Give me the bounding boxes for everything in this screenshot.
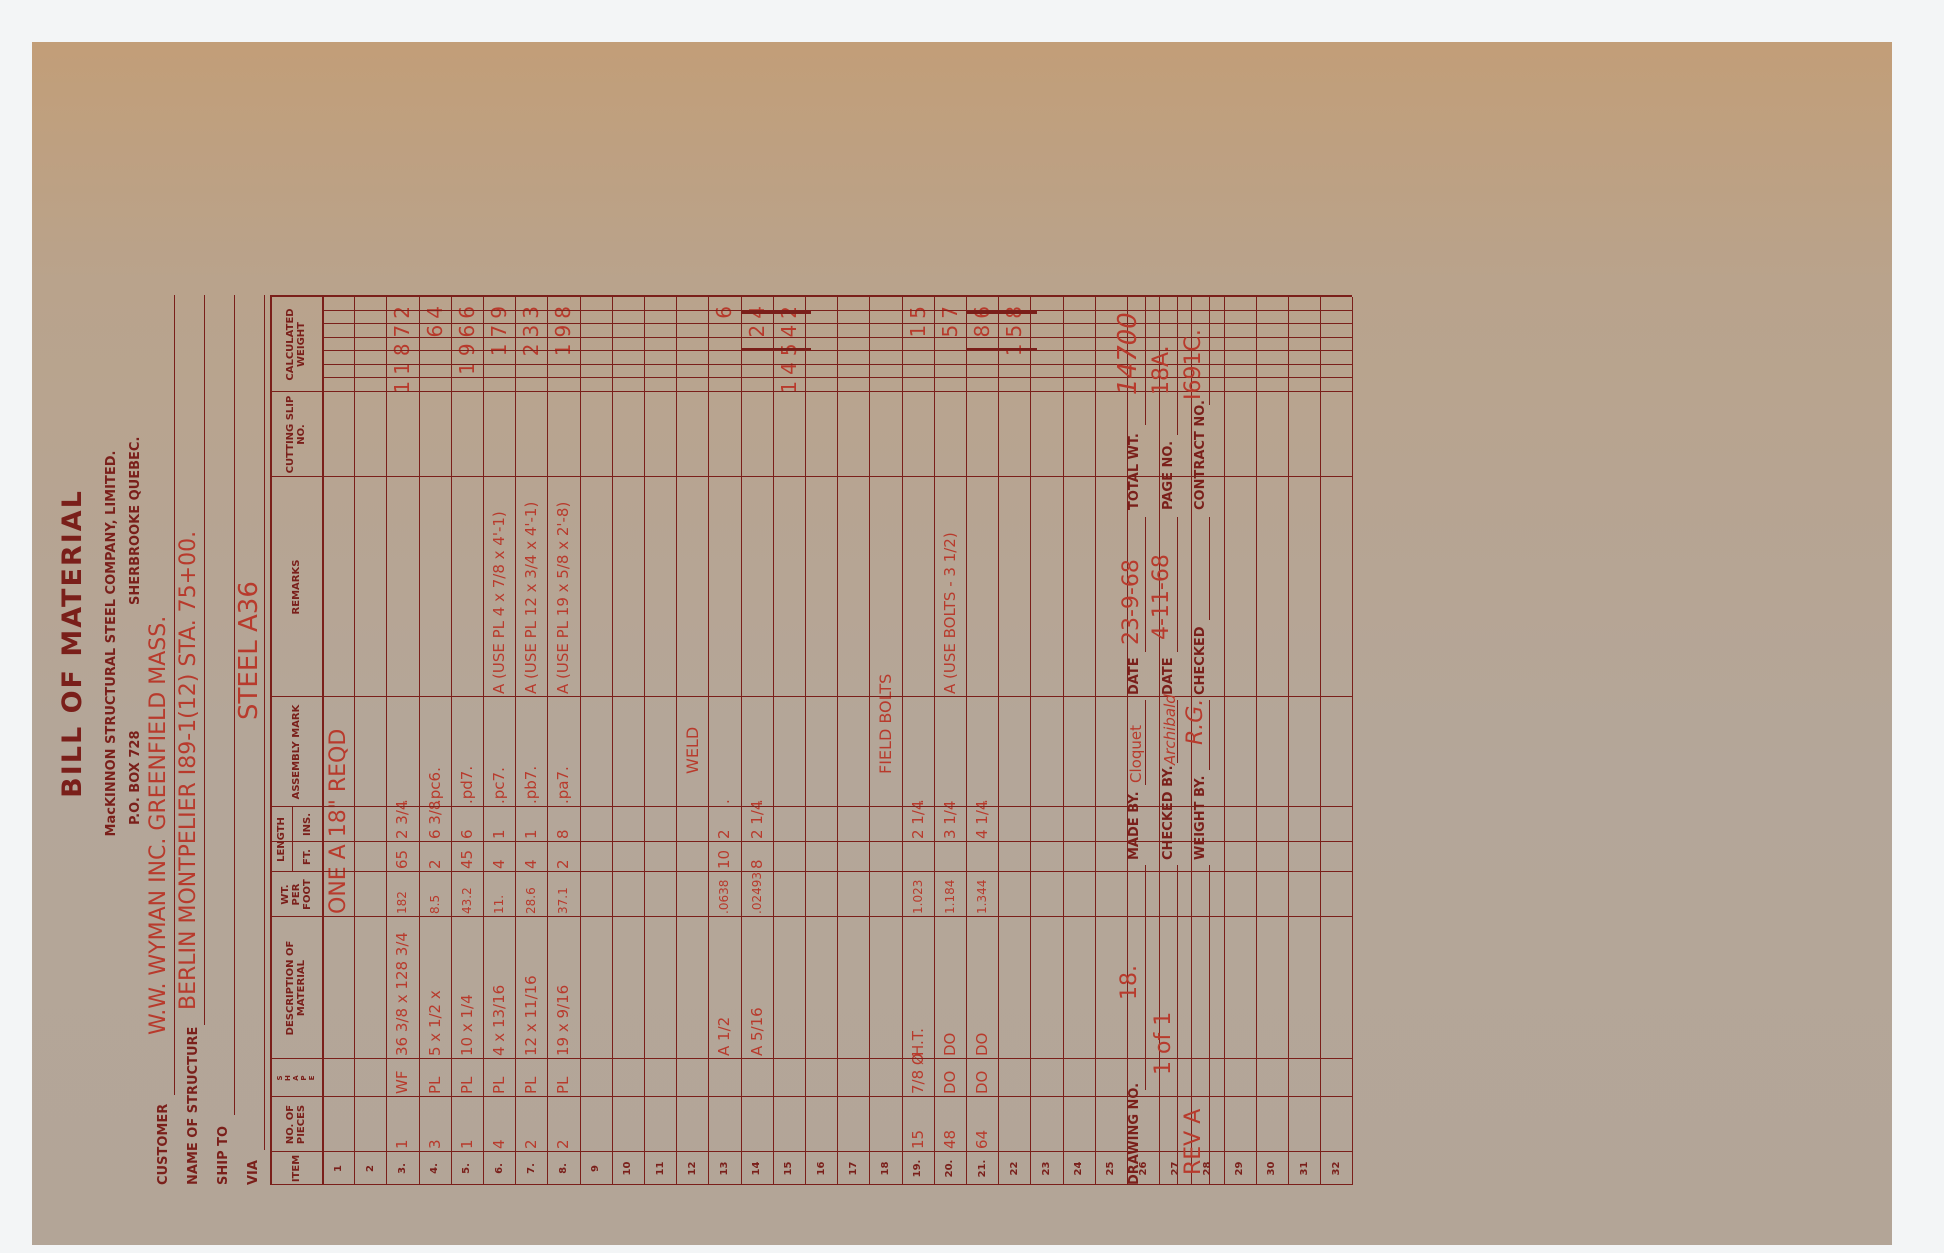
cell-description[interactable] bbox=[1030, 920, 1062, 1056]
cell-shape[interactable] bbox=[741, 1062, 773, 1094]
cell-length-ft[interactable] bbox=[676, 845, 708, 869]
table-row: 23 bbox=[1030, 297, 1062, 1185]
cell-length-ins[interactable]: 4 1/4 bbox=[966, 810, 998, 839]
cell-assembly-mark[interactable] bbox=[1256, 700, 1288, 804]
cell-length-ft[interactable]: 10 bbox=[708, 845, 740, 869]
date-checked-field[interactable]: 4-11-68 bbox=[1149, 554, 1174, 640]
cell-length-ft[interactable] bbox=[805, 845, 837, 869]
cell-assembly-mark[interactable] bbox=[580, 700, 612, 804]
cell-cutting-slip[interactable] bbox=[322, 395, 354, 474]
cell-assembly-mark[interactable]: . bbox=[966, 700, 998, 804]
cell-length-ins[interactable] bbox=[322, 810, 354, 839]
cell-cutting-slip[interactable] bbox=[869, 395, 901, 474]
cell-length-ins[interactable]: 8 bbox=[547, 810, 579, 839]
cell-assembly-mark[interactable]: .pa7. bbox=[547, 700, 579, 804]
cell-length-ft[interactable] bbox=[902, 845, 934, 869]
cell-remarks[interactable] bbox=[869, 480, 901, 694]
cell-description[interactable] bbox=[1288, 920, 1320, 1056]
cell-length-ins[interactable]: 2 1/4 bbox=[902, 810, 934, 839]
cell-length-ins[interactable]: 2 1/4 bbox=[741, 810, 773, 839]
cell-assembly-mark[interactable]: .pc7. bbox=[483, 700, 515, 804]
cell-wt-per-foot[interactable] bbox=[1095, 875, 1127, 914]
cell-description[interactable]: 19 x 9/16 bbox=[547, 920, 579, 1056]
cell-shape[interactable] bbox=[580, 1062, 612, 1094]
cell-cutting-slip[interactable] bbox=[1063, 395, 1095, 474]
cell-wt-per-foot[interactable] bbox=[998, 875, 1030, 914]
cell-pieces[interactable] bbox=[741, 1100, 773, 1149]
grid-line bbox=[902, 297, 903, 1185]
cell-shape[interactable] bbox=[998, 1062, 1030, 1094]
cell-shape[interactable] bbox=[1224, 1062, 1256, 1094]
cell-wt-per-foot[interactable]: .0638 bbox=[708, 875, 740, 914]
cell-length-ins[interactable]: 2 3/4 bbox=[386, 810, 418, 839]
cell-remarks[interactable]: A (USE PL 12 x 3/4 x 4'-1) bbox=[515, 480, 547, 694]
cell-pieces[interactable] bbox=[612, 1100, 644, 1149]
cell-shape[interactable] bbox=[1095, 1062, 1127, 1094]
cell-description[interactable] bbox=[805, 920, 837, 1056]
cell-wt-per-foot[interactable]: .02493 bbox=[741, 875, 773, 914]
cell-pieces[interactable] bbox=[1095, 1100, 1127, 1149]
cell-pieces[interactable] bbox=[354, 1100, 386, 1149]
cell-item: 21. bbox=[966, 1155, 998, 1182]
cell-cutting-slip[interactable] bbox=[741, 395, 773, 474]
cell-wt-per-foot[interactable] bbox=[837, 875, 869, 914]
cell-shape[interactable] bbox=[676, 1062, 708, 1094]
cell-cutting-slip[interactable] bbox=[644, 395, 676, 474]
cell-assembly-mark[interactable] bbox=[644, 700, 676, 804]
cell-description[interactable] bbox=[644, 920, 676, 1056]
cell-cutting-slip[interactable] bbox=[1256, 395, 1288, 474]
cell-length-ins[interactable]: 6 3/8 bbox=[419, 810, 451, 839]
checked-underline bbox=[1209, 517, 1210, 620]
cell-shape[interactable] bbox=[644, 1062, 676, 1094]
date-checked-label: DATE bbox=[1161, 657, 1176, 695]
cell-assembly-mark[interactable]: .pd7. bbox=[451, 700, 483, 804]
cell-pieces[interactable] bbox=[1320, 1100, 1352, 1149]
cell-description[interactable] bbox=[676, 920, 708, 1056]
date-made-label: DATE bbox=[1127, 657, 1142, 695]
cell-item: 13 bbox=[708, 1155, 740, 1182]
cell-length-ft[interactable] bbox=[1095, 845, 1127, 869]
cell-shape[interactable]: DO bbox=[934, 1062, 966, 1094]
cell-remarks[interactable] bbox=[1256, 480, 1288, 694]
cell-assembly-mark[interactable] bbox=[1288, 700, 1320, 804]
cell-cutting-slip[interactable] bbox=[708, 395, 740, 474]
cell-assembly-mark[interactable] bbox=[773, 700, 805, 804]
cell-assembly-mark[interactable] bbox=[1063, 700, 1095, 804]
cell-wt-per-foot[interactable] bbox=[612, 875, 644, 914]
cell-item: 31 bbox=[1288, 1155, 1320, 1182]
cell-length-ft[interactable]: 2 bbox=[547, 845, 579, 869]
grid-line bbox=[741, 311, 812, 314]
cell-length-ft[interactable] bbox=[934, 845, 966, 869]
total-wt-field[interactable]: 14700 bbox=[1113, 312, 1143, 395]
grid-line bbox=[773, 297, 774, 1185]
cell-pieces[interactable]: 2 bbox=[515, 1100, 547, 1149]
cell-description[interactable]: 12 x 11/16 bbox=[515, 920, 547, 1056]
cell-assembly-mark[interactable]: .pc6. bbox=[419, 700, 451, 804]
cell-length-ins[interactable] bbox=[998, 810, 1030, 839]
cell-assembly-mark[interactable]: . bbox=[902, 700, 934, 804]
cell-length-ins[interactable] bbox=[354, 810, 386, 839]
cell-description[interactable]: 5 x 1/2 x bbox=[419, 920, 451, 1056]
cell-shape[interactable]: 7/8 Ø bbox=[902, 1062, 934, 1094]
cell-assembly-mark[interactable]: . bbox=[386, 700, 418, 804]
cell-remarks[interactable] bbox=[805, 480, 837, 694]
cell-shape[interactable]: PL bbox=[547, 1062, 579, 1094]
cell-cutting-slip[interactable] bbox=[934, 395, 966, 474]
cell-cutting-slip[interactable] bbox=[483, 395, 515, 474]
cell-pieces[interactable] bbox=[1063, 1100, 1095, 1149]
cell-length-ft[interactable] bbox=[612, 845, 644, 869]
cell-description[interactable]: A 1/2 bbox=[708, 920, 740, 1056]
cell-length-ft[interactable] bbox=[354, 845, 386, 869]
cell-cutting-slip[interactable] bbox=[676, 395, 708, 474]
cell-length-ins[interactable] bbox=[612, 810, 644, 839]
cell-wt-per-foot[interactable]: 1.344 bbox=[966, 875, 998, 914]
cell-length-ft[interactable] bbox=[837, 845, 869, 869]
cell-length-ft[interactable] bbox=[1030, 845, 1062, 869]
cell-length-ft[interactable] bbox=[966, 845, 998, 869]
cell-length-ft[interactable] bbox=[644, 845, 676, 869]
cell-shape[interactable] bbox=[1320, 1062, 1352, 1094]
table-row: 17 bbox=[837, 297, 869, 1185]
cell-description[interactable]: 4 x 13/16 bbox=[483, 920, 515, 1056]
cell-description[interactable]: 10 x 1/4 bbox=[451, 920, 483, 1056]
cell-remarks[interactable] bbox=[1224, 480, 1256, 694]
cell-wt-per-foot[interactable] bbox=[1224, 875, 1256, 914]
bill-of-material-sheet: BILL OF MATERIAL MacKINNON STRUCTURAL ST… bbox=[32, 42, 1892, 1245]
cell-remarks[interactable] bbox=[644, 480, 676, 694]
cell-wt-per-foot[interactable]: 37.1 bbox=[547, 875, 579, 914]
cell-cutting-slip[interactable] bbox=[419, 395, 451, 474]
cell-description[interactable] bbox=[1063, 920, 1095, 1056]
column-header-wt-per-foot: WT. PER FOOT bbox=[270, 872, 322, 917]
form-title: BILL OF MATERIAL bbox=[57, 42, 88, 1245]
cell-remarks[interactable] bbox=[837, 480, 869, 694]
cell-length-ft[interactable] bbox=[1224, 845, 1256, 869]
table-row: 10 bbox=[612, 297, 644, 1185]
cell-assembly-mark[interactable] bbox=[1030, 700, 1062, 804]
cell-remarks[interactable] bbox=[386, 480, 418, 694]
drawing-no-field[interactable]: 18. bbox=[1117, 965, 1142, 1000]
cell-description[interactable] bbox=[1256, 920, 1288, 1056]
cell-shape[interactable] bbox=[1288, 1062, 1320, 1094]
cell-wt-per-foot[interactable] bbox=[869, 875, 901, 914]
cell-description[interactable] bbox=[837, 920, 869, 1056]
cell-description[interactable] bbox=[1224, 920, 1256, 1056]
cell-remarks[interactable] bbox=[419, 480, 451, 694]
date-made-underline bbox=[1145, 517, 1146, 652]
cell-length-ins[interactable] bbox=[1095, 810, 1127, 839]
cell-shape[interactable]: WF bbox=[386, 1062, 418, 1094]
cell-wt-per-foot[interactable]: 1.023 bbox=[902, 875, 934, 914]
cell-remarks[interactable] bbox=[451, 480, 483, 694]
cell-cutting-slip[interactable] bbox=[386, 395, 418, 474]
cell-length-ins[interactable] bbox=[1256, 810, 1288, 839]
cell-wt-per-foot[interactable] bbox=[354, 875, 386, 914]
cell-length-ins[interactable]: 2 bbox=[708, 810, 740, 839]
cell-length-ins[interactable] bbox=[869, 810, 901, 839]
cell-remarks[interactable] bbox=[966, 480, 998, 694]
cell-length-ins[interactable]: 6 bbox=[451, 810, 483, 839]
cell-pieces[interactable] bbox=[837, 1100, 869, 1149]
cell-description[interactable] bbox=[612, 920, 644, 1056]
cell-length-ins[interactable] bbox=[644, 810, 676, 839]
cell-description[interactable] bbox=[1320, 920, 1352, 1056]
cell-length-ft[interactable] bbox=[869, 845, 901, 869]
cell-cutting-slip[interactable] bbox=[966, 395, 998, 474]
cell-length-ft[interactable] bbox=[773, 845, 805, 869]
cell-description[interactable]: 36 3/8 x 128 3/4 bbox=[386, 920, 418, 1056]
cell-cutting-slip[interactable] bbox=[1030, 395, 1062, 474]
cell-wt-per-foot[interactable]: 43.2 bbox=[451, 875, 483, 914]
cell-length-ins[interactable] bbox=[580, 810, 612, 839]
cell-pieces[interactable]: 15 bbox=[902, 1100, 934, 1149]
cell-cutting-slip[interactable] bbox=[1224, 395, 1256, 474]
cell-length-ins[interactable] bbox=[1063, 810, 1095, 839]
cell-shape[interactable]: PL bbox=[483, 1062, 515, 1094]
cell-length-ft[interactable]: 65 bbox=[386, 845, 418, 869]
cell-assembly-mark[interactable] bbox=[837, 700, 869, 804]
drawing-sheet-field[interactable]: 1 of 1 bbox=[1151, 1012, 1176, 1075]
cell-shape[interactable]: PL bbox=[419, 1062, 451, 1094]
table-row: 16 bbox=[805, 297, 837, 1185]
grid-line bbox=[1095, 297, 1096, 1185]
cell-remarks[interactable] bbox=[708, 480, 740, 694]
structure-field[interactable]: BERLIN MONTPELIER I89-1(12) STA. 75+00. bbox=[176, 531, 201, 1010]
cell-pieces[interactable] bbox=[998, 1100, 1030, 1149]
cell-shape[interactable]: PL bbox=[451, 1062, 483, 1094]
grid-line bbox=[483, 297, 484, 1185]
cell-wt-per-foot[interactable] bbox=[580, 875, 612, 914]
cell-wt-per-foot[interactable] bbox=[1030, 875, 1062, 914]
cell-description[interactable] bbox=[773, 920, 805, 1056]
cell-shape[interactable]: DO bbox=[966, 1062, 998, 1094]
made-by-field[interactable]: Cloquet bbox=[1127, 725, 1145, 783]
cell-length-ft[interactable]: 4 bbox=[483, 845, 515, 869]
cell-pieces[interactable] bbox=[1288, 1100, 1320, 1149]
cell-cutting-slip[interactable] bbox=[773, 395, 805, 474]
cell-length-ft[interactable] bbox=[322, 845, 354, 869]
cell-shape[interactable] bbox=[322, 1062, 354, 1094]
cell-remarks[interactable] bbox=[612, 480, 644, 694]
cell-remarks[interactable] bbox=[1063, 480, 1095, 694]
cell-length-ins[interactable] bbox=[1224, 810, 1256, 839]
cell-shape[interactable] bbox=[837, 1062, 869, 1094]
cell-assembly-mark[interactable] bbox=[1320, 700, 1352, 804]
cell-pieces[interactable]: 1 bbox=[451, 1100, 483, 1149]
cell-length-ins[interactable] bbox=[676, 810, 708, 839]
cell-shape[interactable] bbox=[869, 1062, 901, 1094]
cell-assembly-mark[interactable] bbox=[612, 700, 644, 804]
cell-wt-per-foot[interactable] bbox=[805, 875, 837, 914]
cell-wt-per-foot[interactable]: 28.6 bbox=[515, 875, 547, 914]
weight-by-field[interactable]: R.G. bbox=[1183, 699, 1208, 745]
cell-length-ins[interactable] bbox=[1288, 810, 1320, 839]
cell-remarks[interactable] bbox=[1320, 480, 1352, 694]
cell-pieces[interactable]: 1 bbox=[386, 1100, 418, 1149]
cell-pieces[interactable] bbox=[1256, 1100, 1288, 1149]
cell-cutting-slip[interactable] bbox=[354, 395, 386, 474]
cell-shape[interactable] bbox=[354, 1062, 386, 1094]
cell-shape[interactable] bbox=[1063, 1062, 1095, 1094]
cell-cutting-slip[interactable] bbox=[998, 395, 1030, 474]
cell-wt-per-foot[interactable] bbox=[1320, 875, 1352, 914]
cell-wt-per-foot[interactable] bbox=[1256, 875, 1288, 914]
cell-length-ins[interactable] bbox=[805, 810, 837, 839]
cell-cutting-slip[interactable] bbox=[837, 395, 869, 474]
cell-pieces[interactable] bbox=[676, 1100, 708, 1149]
cell-pieces[interactable] bbox=[708, 1100, 740, 1149]
cell-remarks[interactable] bbox=[773, 480, 805, 694]
cell-length-ft[interactable] bbox=[1288, 845, 1320, 869]
cell-description[interactable] bbox=[869, 920, 901, 1056]
cell-wt-per-foot[interactable]: 8.5 bbox=[419, 875, 451, 914]
checked-by-field[interactable]: Archibald bbox=[1161, 694, 1179, 765]
cell-description[interactable]: DO bbox=[934, 920, 966, 1056]
cell-cutting-slip[interactable] bbox=[1320, 395, 1352, 474]
cell-length-ft[interactable] bbox=[998, 845, 1030, 869]
cell-remarks[interactable]: A (USE PL 19 x 5/8 x 2'-8) bbox=[547, 480, 579, 694]
cell-wt-per-foot[interactable]: 182 bbox=[386, 875, 418, 914]
cell-assembly-mark[interactable]: . bbox=[741, 700, 773, 804]
cell-pieces[interactable] bbox=[773, 1100, 805, 1149]
cell-wt-per-foot[interactable] bbox=[1288, 875, 1320, 914]
cell-pieces[interactable]: 64 bbox=[966, 1100, 998, 1149]
cell-cutting-slip[interactable] bbox=[451, 395, 483, 474]
cell-length-ins[interactable]: 3 1/4 bbox=[934, 810, 966, 839]
cell-remarks[interactable] bbox=[580, 480, 612, 694]
cell-assembly-mark[interactable] bbox=[934, 700, 966, 804]
cell-wt-per-foot[interactable] bbox=[644, 875, 676, 914]
cell-pieces[interactable]: 4 bbox=[483, 1100, 515, 1149]
cell-pieces[interactable] bbox=[1030, 1100, 1062, 1149]
made-by-underline bbox=[1145, 700, 1146, 785]
cell-wt-per-foot[interactable]: ONE A 18" REQD bbox=[322, 875, 354, 914]
cell-shape[interactable] bbox=[1256, 1062, 1288, 1094]
date-made-field[interactable]: 23-9-68 bbox=[1119, 559, 1144, 645]
cell-shape[interactable] bbox=[773, 1062, 805, 1094]
cell-assembly-mark[interactable] bbox=[354, 700, 386, 804]
revision-field[interactable]: REV A bbox=[1181, 1109, 1206, 1175]
cell-length-ins[interactable] bbox=[1030, 810, 1062, 839]
cell-pieces[interactable]: 48 bbox=[934, 1100, 966, 1149]
cell-pieces[interactable] bbox=[322, 1100, 354, 1149]
cell-assembly-mark[interactable] bbox=[1095, 700, 1127, 804]
via-label: VIA bbox=[246, 1160, 261, 1185]
cell-cutting-slip[interactable] bbox=[612, 395, 644, 474]
cell-pieces[interactable]: 3 bbox=[419, 1100, 451, 1149]
column-header-calc-weight: CALCULATED WEIGHT bbox=[270, 297, 322, 392]
cell-description[interactable]: H.T. bbox=[902, 920, 934, 1056]
cell-pieces[interactable] bbox=[1224, 1100, 1256, 1149]
cell-length-ft[interactable] bbox=[1320, 845, 1352, 869]
cell-length-ft[interactable] bbox=[1063, 845, 1095, 869]
cell-description[interactable] bbox=[354, 920, 386, 1056]
cell-length-ft[interactable]: 4 bbox=[515, 845, 547, 869]
cell-remarks[interactable] bbox=[741, 480, 773, 694]
cell-assembly-mark[interactable]: . bbox=[708, 700, 740, 804]
cell-remarks[interactable] bbox=[354, 480, 386, 694]
cell-assembly-mark[interactable] bbox=[998, 700, 1030, 804]
date-checked-underline bbox=[1177, 517, 1178, 652]
cell-length-ft[interactable]: 2 bbox=[419, 845, 451, 869]
cell-cutting-slip[interactable] bbox=[515, 395, 547, 474]
customer-field[interactable]: W.W. WYMAN INC. GREENFIELD MASS. bbox=[146, 616, 171, 1035]
cell-pieces[interactable] bbox=[869, 1100, 901, 1149]
cell-wt-per-foot[interactable] bbox=[1063, 875, 1095, 914]
cell-length-ft[interactable]: 45 bbox=[451, 845, 483, 869]
cell-description[interactable]: A 5/16 bbox=[741, 920, 773, 1056]
cell-shape[interactable] bbox=[708, 1062, 740, 1094]
cell-description[interactable] bbox=[580, 920, 612, 1056]
cell-cutting-slip[interactable] bbox=[805, 395, 837, 474]
table-row: 20.48DODO1.1843 1/4A (USE BOLTS - 3 1/2)… bbox=[934, 297, 966, 1185]
cell-cutting-slip[interactable] bbox=[902, 395, 934, 474]
cell-wt-per-foot[interactable] bbox=[676, 875, 708, 914]
cell-pieces[interactable] bbox=[805, 1100, 837, 1149]
cell-remarks[interactable]: A (USE PL 4 x 7/8 x 4'-1) bbox=[483, 480, 515, 694]
cell-description[interactable] bbox=[322, 920, 354, 1056]
cell-length-ft[interactable] bbox=[580, 845, 612, 869]
cell-length-ft[interactable]: 8 bbox=[741, 845, 773, 869]
cell-length-ins[interactable]: 1 bbox=[483, 810, 515, 839]
cell-shape[interactable] bbox=[1030, 1062, 1062, 1094]
cell-remarks[interactable]: A (USE BOLTS - 3 1/2) bbox=[934, 480, 966, 694]
cell-cutting-slip[interactable] bbox=[1095, 395, 1127, 474]
cell-wt-per-foot[interactable]: 11. bbox=[483, 875, 515, 914]
cell-remarks[interactable] bbox=[1288, 480, 1320, 694]
cell-cutting-slip[interactable] bbox=[580, 395, 612, 474]
cell-remarks[interactable] bbox=[998, 480, 1030, 694]
cell-shape[interactable]: PL bbox=[515, 1062, 547, 1094]
cell-assembly-mark[interactable] bbox=[322, 700, 354, 804]
cell-description[interactable]: DO bbox=[966, 920, 998, 1056]
cell-length-ins[interactable] bbox=[837, 810, 869, 839]
cell-length-ins[interactable]: 1 bbox=[515, 810, 547, 839]
cell-wt-per-foot[interactable] bbox=[773, 875, 805, 914]
page-no-field[interactable]: 18A. bbox=[1149, 345, 1174, 395]
cell-assembly-mark[interactable]: .pb7. bbox=[515, 700, 547, 804]
cell-shape[interactable] bbox=[805, 1062, 837, 1094]
cell-cutting-slip[interactable] bbox=[547, 395, 579, 474]
cell-length-ins[interactable] bbox=[773, 810, 805, 839]
cell-remarks[interactable] bbox=[676, 480, 708, 694]
cell-remarks[interactable] bbox=[902, 480, 934, 694]
cell-cutting-slip[interactable] bbox=[1288, 395, 1320, 474]
cell-shape[interactable] bbox=[612, 1062, 644, 1094]
cell-item: 18 bbox=[869, 1155, 901, 1182]
cell-remarks[interactable] bbox=[1030, 480, 1062, 694]
cell-assembly-mark[interactable] bbox=[1224, 700, 1256, 804]
via-field[interactable]: STEEL A36 bbox=[234, 581, 264, 720]
cell-description[interactable] bbox=[998, 920, 1030, 1056]
form-footer: DRAWING NO. 18. MADE BY. Cloquet DATE 23… bbox=[1127, 297, 1227, 1185]
contract-no-field[interactable]: I691C. bbox=[1181, 329, 1206, 400]
cell-assembly-mark[interactable] bbox=[805, 700, 837, 804]
customer-label: CUSTOMER bbox=[156, 1104, 171, 1185]
cell-length-ins[interactable] bbox=[1320, 810, 1352, 839]
cell-pieces[interactable] bbox=[644, 1100, 676, 1149]
total-wt-label: TOTAL WT. bbox=[1127, 433, 1142, 510]
cell-remarks[interactable] bbox=[322, 480, 354, 694]
cell-pieces[interactable] bbox=[580, 1100, 612, 1149]
cell-item: 20. bbox=[934, 1155, 966, 1182]
cell-wt-per-foot[interactable]: 1.184 bbox=[934, 875, 966, 914]
cell-length-ft[interactable] bbox=[1256, 845, 1288, 869]
cell-pieces[interactable]: 2 bbox=[547, 1100, 579, 1149]
